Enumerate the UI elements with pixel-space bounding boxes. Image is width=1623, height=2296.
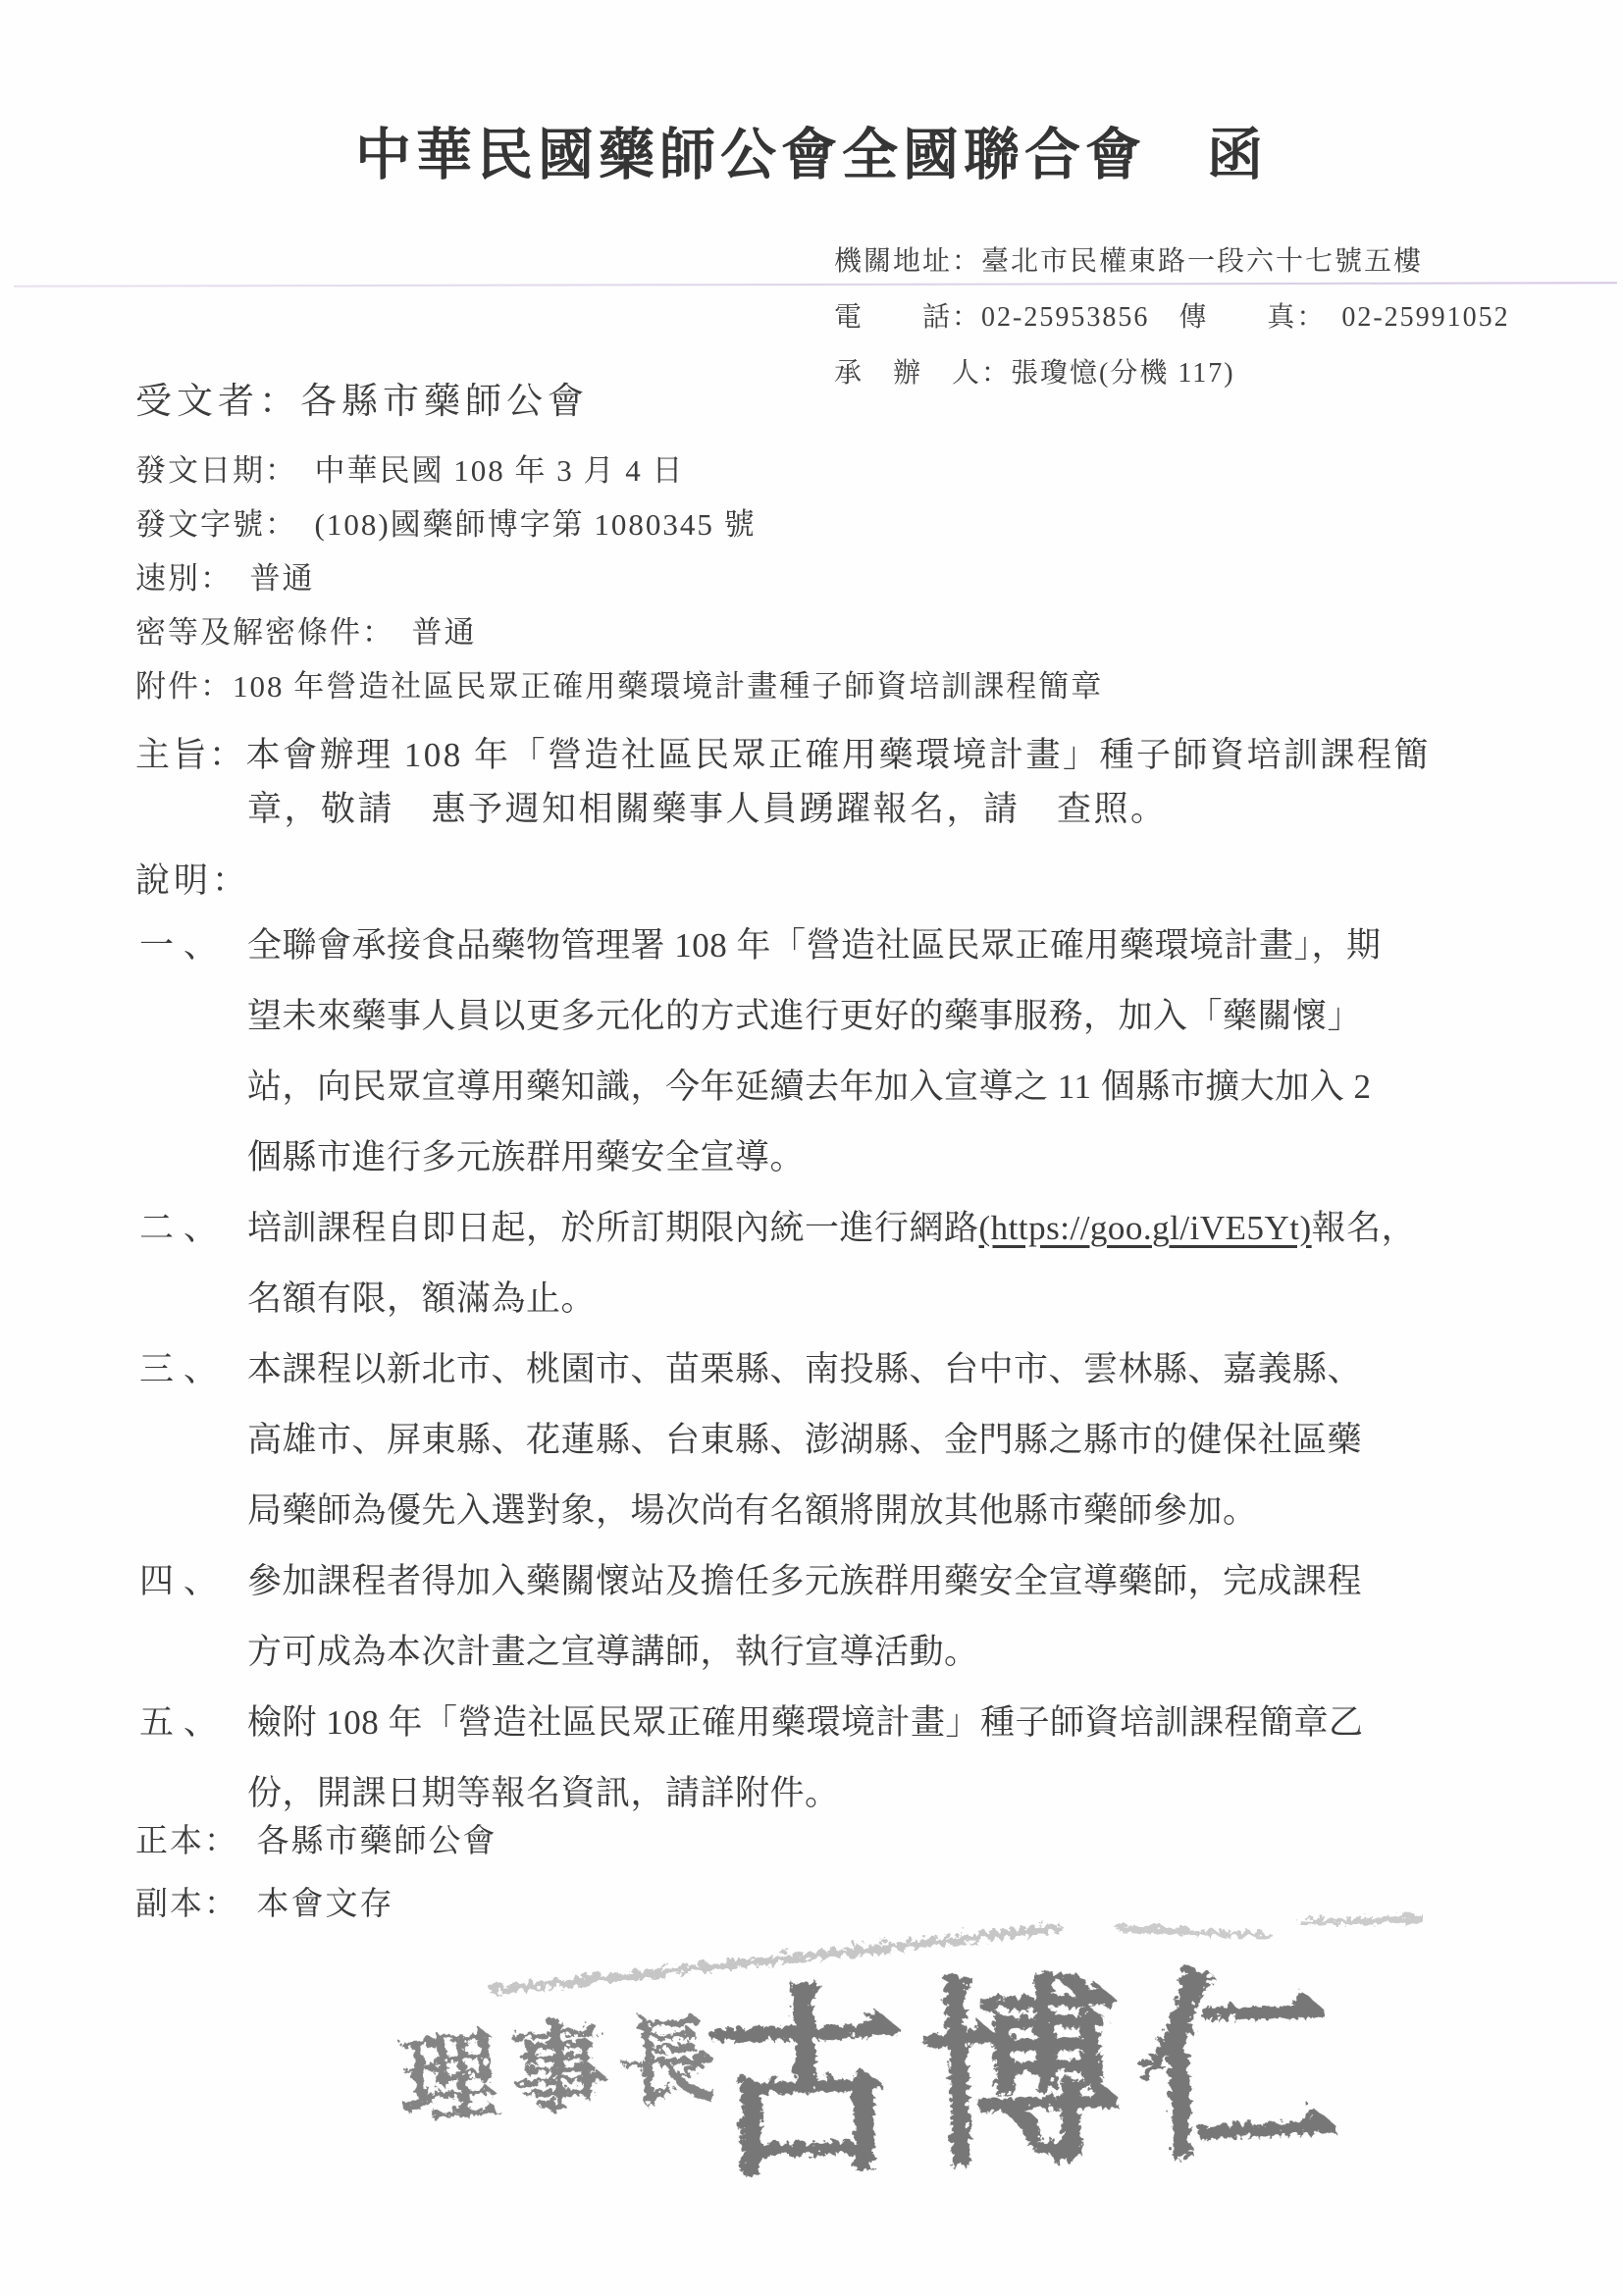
item-marker: 二、 (139, 1193, 228, 1264)
attachment-line: 附件：108 年營造社區民眾正確用藥環境計畫種子師資培訓課程簡章 (135, 659, 1103, 713)
item-lines: 本課程以新北市、桃園市、苗栗縣、南投縣、台中市、雲林縣、嘉義縣、 高雄市、屏東縣… (247, 1334, 1623, 1546)
item-line: 名額有限，額滿為止。 (247, 1264, 1623, 1334)
item-line-text: 培訓課程自即日起，於所訂期限內統一進行網路 (247, 1209, 979, 1247)
agency-contact-line: 承 辦 人：張瓊憶(分機 117) (834, 345, 1510, 401)
chairman-signature-svg: 理事長 古博仁 (285, 1864, 1423, 2257)
item-line: 檢附 108 年「營造社區民眾正確用藥環境計畫」種子師資培訓課程簡章乙 (247, 1688, 1623, 1758)
agency-info-block: 機關地址：臺北市民權東路一段六十七號五樓 電 話：02-25953856 傳 真… (834, 234, 1510, 401)
item-line: 方可成為本次計畫之宣導講師，執行宣導活動。 (247, 1617, 1623, 1688)
item-line: 參加課程者得加入藥關懷站及擔任多元族群用藥安全宣導藥師，完成課程 (247, 1546, 1623, 1617)
item-line: 培訓課程自即日起，於所訂期限內統一進行網路(https://goo.gl/iVE… (247, 1193, 1623, 1264)
ink-smear-stroke (1115, 1921, 1270, 1937)
agency-phone-fax-line: 電 話：02-25953856 傳 真： 02-25991052 (834, 289, 1510, 345)
item-line: 局藥師為優先入選對象，場次尚有名額將開放其他縣市藥師參加。 (247, 1476, 1623, 1546)
document-meta-block: 發文日期： 中華民國 108 年 3 月 4 日 發文字號： (108)國藥師博… (135, 444, 1103, 713)
item-lines: 培訓課程自即日起，於所訂期限內統一進行網路(https://goo.gl/iVE… (247, 1193, 1623, 1334)
signature-name-text: 古博仁 (699, 1952, 1354, 2199)
item-lines: 檢附 108 年「營造社區民眾正確用藥環境計畫」種子師資培訓課程簡章乙 份，開課… (247, 1688, 1623, 1829)
explanation-item-1: 一、 全聯會承接食品藥物管理署 108 年「營造社區民眾正確用藥環境計畫」，期 … (0, 911, 1623, 1193)
item-marker: 五、 (139, 1688, 228, 1758)
item-marker: 一、 (139, 911, 228, 981)
subject-line-2: 章，敬請 惠予週知相關藥事人員踴躍報名，請 查照。 (247, 782, 1168, 831)
item-line: 個縣市進行多元族群用藥安全宣導。 (247, 1122, 1623, 1193)
explanation-heading: 說明： (135, 854, 250, 903)
item-marker: 四、 (139, 1546, 228, 1617)
item-lines: 全聯會承接食品藥物管理署 108 年「營造社區民眾正確用藥環境計畫」，期 望未來… (247, 911, 1623, 1193)
item-line: 高雄市、屏東縣、花蓮縣、台東縣、澎湖縣、金門縣之縣市的健保社區藥 (247, 1405, 1623, 1476)
distribution-original-line: 正本： 各縣市藥師公會 (135, 1815, 497, 1861)
letter-page: 中華民國藥師公會全國聯合會 函 機關地址：臺北市民權東路一段六十七號五樓 電 話… (0, 0, 1623, 2296)
doc-date-line: 發文日期： 中華民國 108 年 3 月 4 日 (135, 444, 1103, 497)
recipient-line: 受文者：各縣市藥師公會 (135, 371, 589, 424)
chairman-signature-block: 理事長 古博仁 (285, 1864, 1423, 2257)
signature-title-text: 理事長 (394, 2005, 731, 2133)
item-line-text: 報名， (1312, 1209, 1417, 1247)
letter-title: 中華民國藥師公會全國聯合會 函 (0, 110, 1623, 190)
explanation-item-2: 二、 培訓課程自即日起，於所訂期限內統一進行網路(https://goo.gl/… (0, 1193, 1623, 1334)
explanation-item-5: 五、 檢附 108 年「營造社區民眾正確用藥環境計畫」種子師資培訓課程簡章乙 份… (0, 1688, 1623, 1829)
item-line: 望未來藥事人員以更多元化的方式進行更好的藥事服務，加入「藥關懷」 (247, 981, 1623, 1052)
item-marker: 三、 (139, 1334, 228, 1405)
security-class-line: 密等及解密條件： 普通 (135, 605, 1103, 659)
subject-line-1: 主旨：本會辦理 108 年「營造社區民眾正確用藥環境計畫」種子師資培訓課程簡 (135, 728, 1431, 777)
item-lines: 參加課程者得加入藥關懷站及擔任多元族群用藥安全宣導藥師，完成課程 方可成為本次計… (247, 1546, 1623, 1688)
item-line: 站，向民眾宣導用藥知識，今年延續去年加入宣導之 11 個縣市擴大加入 2 (247, 1052, 1623, 1122)
explanation-item-3: 三、 本課程以新北市、桃園市、苗栗縣、南投縣、台中市、雲林縣、嘉義縣、 高雄市、… (0, 1334, 1623, 1546)
item-line: 全聯會承接食品藥物管理署 108 年「營造社區民眾正確用藥環境計畫」，期 (247, 911, 1623, 981)
item-line: 本課程以新北市、桃園市、苗栗縣、南投縣、台中市、雲林縣、嘉義縣、 (247, 1334, 1623, 1405)
speed-class-line: 速別： 普通 (135, 551, 1103, 605)
explanation-item-4: 四、 參加課程者得加入藥關懷站及擔任多元族群用藥安全宣導藥師，完成課程 方可成為… (0, 1546, 1623, 1688)
explanation-items: 一、 全聯會承接食品藥物管理署 108 年「營造社區民眾正確用藥環境計畫」，期 … (0, 911, 1623, 1829)
registration-url: (https://goo.gl/iVE5Yt) (979, 1209, 1312, 1247)
doc-number-line: 發文字號： (108)國藥師博字第 1080345 號 (135, 497, 1103, 551)
agency-address-line: 機關地址：臺北市民權東路一段六十七號五樓 (834, 234, 1510, 289)
ink-smear-stroke (1297, 1907, 1423, 1924)
